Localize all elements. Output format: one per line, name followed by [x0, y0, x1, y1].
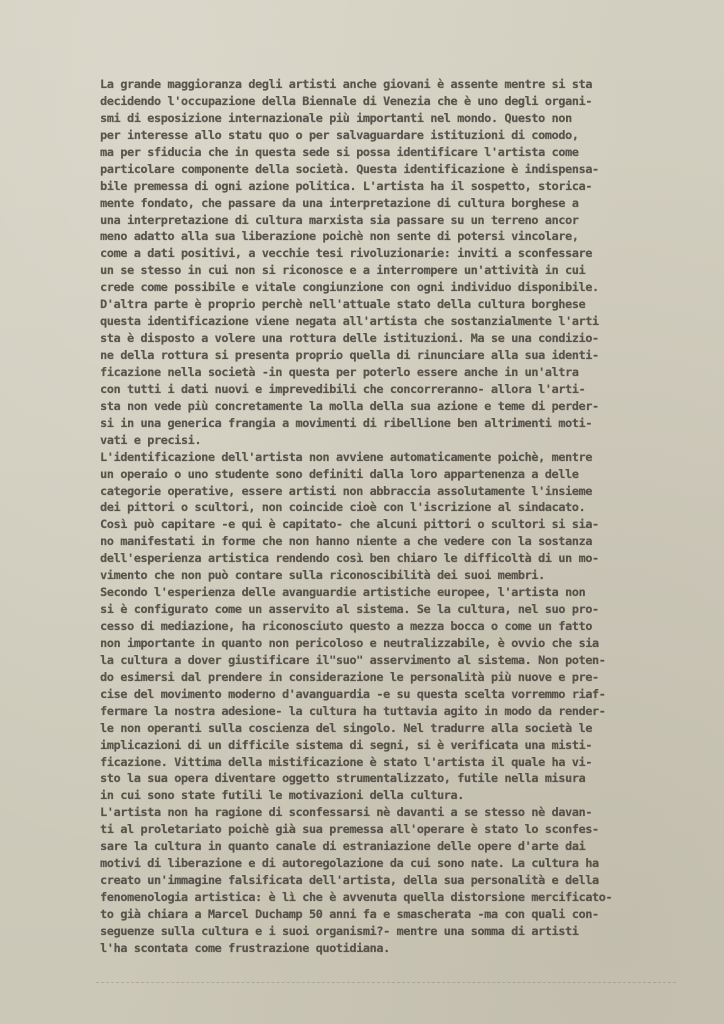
text-line: La grande maggioranza degli artisti anch…	[100, 76, 680, 93]
text-line: ficazione nella società -in questa per p…	[100, 364, 680, 381]
text-line: do esimersi dal prendere in considerazio…	[100, 669, 680, 686]
text-line: cise del movimento moderno d'avanguardia…	[100, 686, 680, 703]
text-line: dell'esperienza artistica rendendo così …	[100, 550, 680, 567]
text-line: cesso di mediazione, ha riconosciuto que…	[100, 618, 680, 635]
text-line: sta non vede più concretamente la molla …	[100, 398, 680, 415]
text-line: bile premessa di ogni azione politica. L…	[100, 178, 680, 195]
text-line: Secondo l'esperienza delle avanguardie a…	[100, 584, 680, 601]
text-line: una interpretazione di cultura marxista …	[100, 212, 680, 229]
text-line: vati e precisi.	[100, 432, 680, 449]
document-body: La grande maggioranza degli artisti anch…	[100, 76, 680, 957]
paper-smudge	[96, 982, 676, 985]
text-line: mente fondato, che passare da una interp…	[100, 195, 680, 212]
text-line: vimento che non può contare sulla ricono…	[100, 567, 680, 584]
text-line: implicazioni di un difficile sistema di …	[100, 737, 680, 754]
text-line: si in una generica frangia a movimenti d…	[100, 415, 680, 432]
text-line: creato un'immagine falsificata dell'arti…	[100, 872, 680, 889]
text-line: si è configurato come un asservito al si…	[100, 601, 680, 618]
text-line: decidendo l'occupazione della Biennale d…	[100, 93, 680, 110]
text-line: D'altra parte è proprio perchè nell'attu…	[100, 296, 680, 313]
text-line: questa identificazione viene negata all'…	[100, 313, 680, 330]
text-line: in cui sono state futili le motivazioni …	[100, 787, 680, 804]
text-line: ti al proletariato poichè già sua premes…	[100, 821, 680, 838]
text-line: un operaio o uno studente sono definiti …	[100, 466, 680, 483]
text-line: ne della rottura si presenta proprio que…	[100, 347, 680, 364]
text-line: come a dati positivi, a vecchie tesi riv…	[100, 245, 680, 262]
text-line: per interesse allo statu quo o per salva…	[100, 127, 680, 144]
text-line: smi di esposizione internazionale più im…	[100, 110, 680, 127]
text-line: seguenze sulla cultura e i suoi organism…	[100, 923, 680, 940]
text-line: fenomenologia artistica: è lì che è avve…	[100, 889, 680, 906]
text-line: con tutti i dati nuovi e imprevedibili c…	[100, 381, 680, 398]
text-line: sto la sua opera diventare oggetto strum…	[100, 770, 680, 787]
text-line: L'artista non ha ragione di sconfessarsi…	[100, 804, 680, 821]
text-line: un se stesso in cui non si riconosce e a…	[100, 262, 680, 279]
text-line: ma per sfiducia che in questa sede si po…	[100, 144, 680, 161]
text-line: categorie operative, essere artisti non …	[100, 483, 680, 500]
text-line: crede come possibile e vitale congiunzio…	[100, 279, 680, 296]
text-line: le non operanti sulla coscienza del sing…	[100, 720, 680, 737]
typewritten-page: La grande maggioranza degli artisti anch…	[0, 0, 724, 1024]
text-line: fermare la nostra adesione- la cultura h…	[100, 703, 680, 720]
text-line: no manifestati in forme che non hanno ni…	[100, 533, 680, 550]
text-line: l'ha scontata come frustrazione quotidia…	[100, 940, 680, 957]
text-line: sta è disposto a volere una rottura dell…	[100, 330, 680, 347]
text-line: sare la cultura in quanto canale di estr…	[100, 838, 680, 855]
text-line: motivi di liberazione e di autoregolazio…	[100, 855, 680, 872]
text-line: to già chiara a Marcel Duchamp 50 anni f…	[100, 906, 680, 923]
text-line: la cultura a dover giustificare il"suo" …	[100, 652, 680, 669]
text-line: L'identificazione dell'artista non avvie…	[100, 449, 680, 466]
text-line: ficazione. Vittima della mistificazione …	[100, 754, 680, 771]
text-line: particolare componente della società. Qu…	[100, 161, 680, 178]
text-line: non importante in quanto non pericoloso …	[100, 635, 680, 652]
text-line: meno adatto alla sua liberazione poichè …	[100, 228, 680, 245]
text-line: Così può capitare -e qui è capitato- che…	[100, 516, 680, 533]
text-line: dei pittori o scultori, non coincide cio…	[100, 499, 680, 516]
